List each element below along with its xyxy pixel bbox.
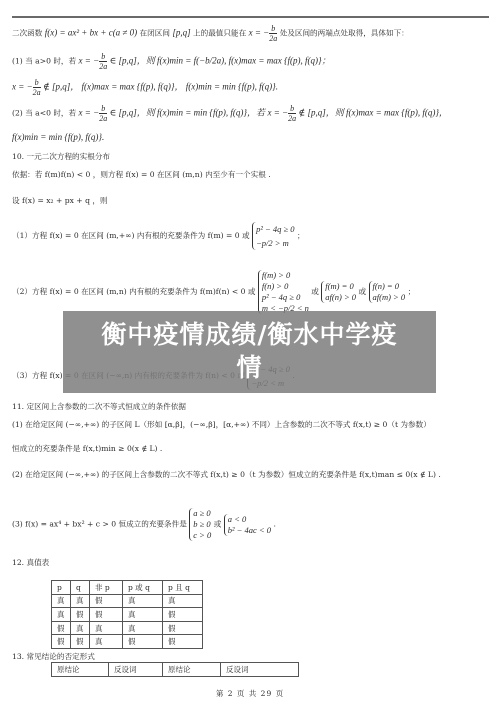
case2-fraction2: b2a	[288, 104, 296, 123]
item2-text: （2）方程 f(x) = 0 在区间 (m,n) 内有根的充要条件为 f(m)f…	[12, 287, 255, 296]
case1-label: (1) 当 a>0 时，若	[12, 57, 76, 66]
case2-label: (2) 当 a<0 时，若	[12, 109, 76, 118]
table-row: 真真假真真	[52, 594, 203, 608]
section10-basis: 依据：若 f(m)f(n) < 0 ，则方程 f(x) = 0 在区间 (m,n…	[12, 170, 271, 180]
item1-conditions: p² − 4q ≥ 0 −p/2 > m	[252, 222, 294, 250]
intro-func: f(x) = ax² + bx + c(a ≠ 0)	[45, 28, 137, 38]
intro-line: 二次函数 f(x) = ax² + bx + c(a ≠ 0) 在闭区间 [p,…	[12, 24, 409, 43]
table-row: 真假假真假	[52, 608, 203, 622]
table-row: 假真真真假	[52, 621, 203, 635]
case2-line2: f(x)min = min {f(p), f(q)}.	[12, 132, 104, 143]
intro-tail: 处及区间的两端点处取得，具体如下：	[280, 29, 409, 38]
item2-conditions-c: f(n) = 0 af(m) > 0	[369, 281, 406, 303]
case1-expr2: ∉ [p,q]， f(x)max = max {f(p), f(q)}， f(x…	[43, 82, 278, 92]
case2-line1: (2) 当 a<0 时，若 x = −b2a ∈ [p,q]，则 f(x)min…	[12, 104, 448, 123]
section10-item1: （1）方程 f(x) = 0 在区间 (m,+∞) 内有根的充要条件为 f(m)…	[12, 222, 305, 250]
section11-item3: (3) f(x) = ax⁴ + bx² + c > 0 恒成立的充要条件是 a…	[12, 508, 276, 541]
case1-fraction2: b2a	[33, 78, 41, 97]
section11-item2: (2) 在给定区间 (−∞,+∞) 的子区间上含参数的二次不等式 f(x,t) …	[12, 470, 441, 480]
case2-fraction: b2a	[99, 104, 107, 123]
case1-fraction: b2a	[99, 52, 107, 71]
case1-expr1: ∈ [p,q]，则 f(x)min = f(−b/2a), f(x)max = …	[110, 56, 331, 66]
intro-mid2: 上的最值只能在	[193, 29, 246, 38]
truth-table: p q 非 p p 或 q p 且 q 真真假真真 真假假真假 假真真真假 假假…	[51, 580, 203, 649]
s11-item3-text: (3) f(x) = ax⁴ + bx² + c > 0 恒成立的充要条件是	[12, 520, 187, 529]
watermark-text: 衡中疫情成绩/衡水中学疫 情	[63, 318, 436, 384]
section11-title: 11. 定区间上含参数的二次不等式恒成立的条件依据	[12, 402, 186, 412]
negation-table-header: 原结论 反设词 原结论 反设词	[52, 663, 299, 677]
table-row: 假假真假假	[52, 635, 203, 649]
section12-title: 12. 真值表	[12, 558, 49, 568]
page-footer: 第 2 页 共 29 页	[0, 688, 500, 699]
item2-conditions-b: f(m) = 0 af(n) > 0	[321, 281, 356, 303]
case2-expr-c: f(x)min = min {f(p), f(q)}.	[12, 132, 104, 142]
section10-setup: 设 f(x) = x₂ + px + q ，则	[12, 196, 108, 206]
intro-x-eq: x = −	[249, 28, 270, 38]
header-rule	[12, 16, 489, 18]
case2-expr-a: ∈ [p,q]，则 f(x)min = min {f(p), f(q)}，若	[110, 108, 265, 118]
item2-conditions: f(m) > 0 f(n) > 0 p² − 4q ≥ 0 m < −p/2 <…	[258, 270, 309, 314]
case1-line2: x = −b2a ∉ [p,q]， f(x)max = max {f(p), f…	[12, 78, 278, 97]
section10-item2: （2）方程 f(x) = 0 在区间 (m,n) 内有根的充要条件为 f(m)f…	[12, 270, 415, 314]
negation-table: 原结论 反设词 原结论 反设词	[51, 662, 299, 677]
truth-table-header: p q 非 p p 或 q p 且 q	[52, 581, 203, 595]
s11-item3-conditions-b: a < 0 b² − 4ac < 0	[224, 514, 271, 536]
intro-fraction: b2a	[269, 24, 277, 43]
section11-item1a: (1) 在给定区间 (−∞,+∞) 的子区间 L（形如 [α,β]，(−∞,β]…	[12, 420, 431, 430]
section10-title: 10. 一元二次方程的实根分布	[12, 152, 110, 162]
s11-item3-conditions: a ≥ 0 b ≥ 0 c > 0	[189, 508, 211, 541]
intro-lead: 二次函数	[12, 29, 42, 38]
case1-line1: (1) 当 a>0 时，若 x = −b2a ∈ [p,q]，则 f(x)min…	[12, 52, 331, 71]
section11-item1b: 恒成立的充要条件是 f(x,t)min ≥ 0(x ∉ L) .	[12, 444, 162, 454]
case2-expr-b: ∉ [p,q]，则 f(x)max = max {f(p), f(q)}，	[299, 108, 448, 118]
intro-mid: 在闭区间	[140, 29, 170, 38]
intro-interval: [p,q]	[172, 28, 190, 38]
item1-text: （1）方程 f(x) = 0 在区间 (m,+∞) 内有根的充要条件为 f(m)…	[12, 231, 250, 240]
section13-title: 13. 常见结论的否定形式	[12, 652, 95, 662]
